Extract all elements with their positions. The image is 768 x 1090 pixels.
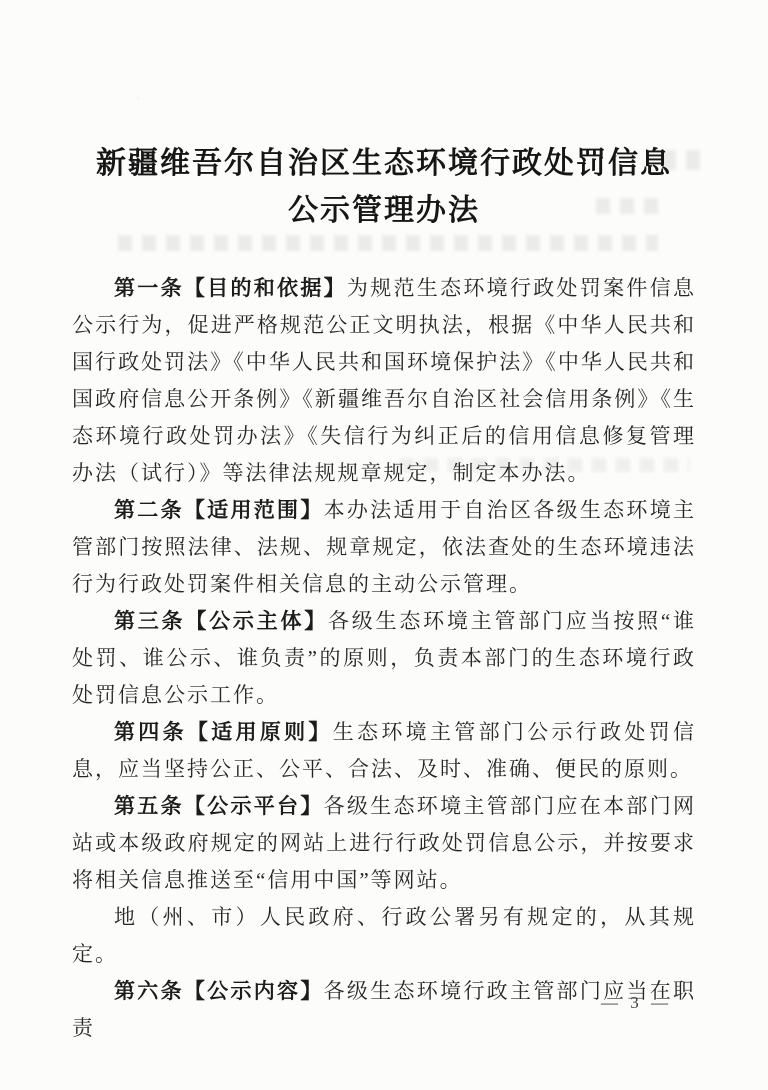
paragraph-article-3: 第三条【公示主体】各级生态环境主管部门应当按照“谁处罚、谁公示、谁负责”的原则，…	[72, 603, 696, 714]
paragraph-article-2: 第二条【适用范围】本办法适用于自治区各级生态环境主管部门按照法律、法规、规章规定…	[72, 492, 696, 603]
paragraph-article-5-supplement: 地（州、市）人民政府、行政公署另有规定的，从其规定。	[72, 899, 696, 973]
document-title: 新疆维吾尔自治区生态环境行政处罚信息 公示管理办法	[0, 140, 768, 234]
document-body: 第一条【目的和依据】为规范生态环境行政处罚案件信息公示行为，促进严格规范公正文明…	[72, 270, 696, 1047]
article-1-heading: 第一条【目的和依据】	[114, 276, 347, 300]
document-title-line2: 公示管理办法	[0, 187, 768, 234]
article-2-heading: 第二条【适用范围】	[114, 498, 324, 522]
article-3-heading: 第三条【公示主体】	[114, 609, 328, 633]
paragraph-article-4: 第四条【适用原则】生态环境主管部门公示行政处罚信息，应当坚持公正、公平、合法、及…	[72, 714, 696, 788]
paragraph-article-5: 第五条【公示平台】各级生态环境主管部门应在本部门网站或本级政府规定的网站上进行行…	[72, 788, 696, 899]
paragraph-article-1: 第一条【目的和依据】为规范生态环境行政处罚案件信息公示行为，促进严格规范公正文明…	[72, 270, 696, 492]
scanned-document-page: 新疆维吾尔自治区生态环境行政处罚信息 公示管理办法 第一条【目的和依据】为规范生…	[0, 0, 768, 1090]
supplement-text: 地（州、市）人民政府、行政公署另有规定的，从其规定。	[72, 905, 696, 966]
article-1-text: 为规范生态环境行政处罚案件信息公示行为，促进严格规范公正文明执法，根据《中华人民…	[72, 276, 696, 485]
article-5-heading: 第五条【公示平台】	[114, 794, 324, 818]
page-number: — 3 —	[0, 993, 768, 1013]
article-4-heading: 第四条【适用原则】	[114, 720, 333, 744]
bleedthrough-smudge	[118, 235, 658, 251]
document-title-line1: 新疆维吾尔自治区生态环境行政处罚信息	[0, 140, 768, 187]
